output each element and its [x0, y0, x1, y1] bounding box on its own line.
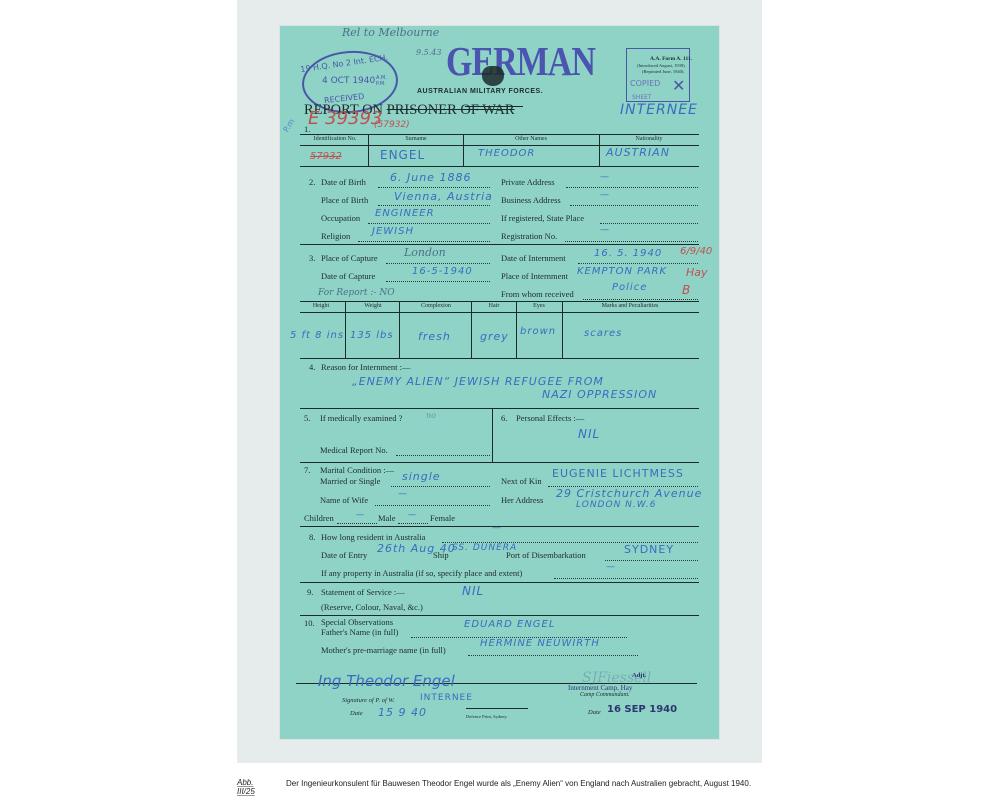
caption-number: Abb. III/25 — [237, 778, 255, 796]
mother-line — [468, 655, 638, 656]
medically-examined-label: If medically examined ? — [320, 413, 402, 423]
col-divider — [516, 301, 517, 358]
reason-label: Reason for Internment :— — [321, 362, 410, 372]
date-of-internment-value: 16. 5. 1940 — [594, 248, 662, 259]
col-divider — [562, 301, 563, 358]
father-name-value: EDUARD ENGEL — [464, 619, 555, 630]
received-stamp-ampm: A.M. P.M. — [376, 75, 387, 87]
section-rule — [300, 462, 699, 463]
mother-name-value: HERMINE NEUWIRTH — [480, 638, 600, 649]
pob-line — [378, 205, 490, 206]
internment-place-red: Hay — [686, 266, 708, 279]
caption-text: Der Ingenieurkonsulent für Bauwesen Theo… — [286, 778, 766, 789]
from-whom-label: From whom received — [501, 289, 574, 299]
date-of-entry-label: Date of Entry — [321, 550, 367, 560]
religion-value: JEWISH — [372, 226, 414, 237]
header-complexion: Complexion — [400, 303, 472, 309]
business-address-value: — — [600, 190, 610, 200]
service-value: NIL — [462, 584, 484, 598]
weight-value: 135 lbs — [350, 330, 394, 341]
port-value: SYDNEY — [624, 543, 674, 556]
state-place-label: If registered, State Place — [501, 213, 584, 223]
place-of-capture-label: Place of Capture — [321, 253, 378, 263]
dob-line — [378, 187, 490, 188]
col-divider — [599, 134, 600, 166]
married-line — [391, 486, 490, 487]
signature-label: Signature of P. of W. — [342, 697, 395, 704]
title-struck: PRISONER OF WAR — [387, 102, 515, 118]
header-eyes: Eyes — [516, 303, 562, 309]
medical-report-line — [396, 455, 490, 456]
place-of-capture-value: London — [404, 246, 446, 259]
col-divider — [399, 301, 400, 358]
section6-num: 6. — [501, 413, 507, 423]
hair-value: grey — [480, 330, 509, 343]
prisoner-report-form: Rel to Melbourne 9.5.43 19 H.Q. No 2 Int… — [280, 26, 719, 739]
date-of-capture-label: Date of Capture — [321, 271, 375, 281]
married-value: single — [402, 470, 441, 483]
children-line — [337, 523, 377, 524]
from-whom-value: Police — [612, 282, 647, 293]
nationality-value: AUSTRIAN — [606, 146, 670, 159]
german-stamp: GERMAN — [446, 40, 595, 86]
pob-label: Place of Birth — [321, 195, 368, 205]
resident-label: How long resident in Australia — [321, 532, 425, 542]
section8-num: 8. — [309, 532, 315, 542]
coat-of-arms-icon — [482, 66, 504, 86]
resident-value: — — [492, 523, 502, 533]
header-hair: Hair — [472, 303, 516, 309]
header-surname: Surname — [370, 136, 462, 142]
property-value: — — [606, 562, 616, 572]
id-alt: (57932) — [374, 120, 410, 130]
business-line — [570, 205, 698, 206]
id-struck: 57932 — [310, 151, 342, 162]
pob-value: Vienna, Austria — [394, 190, 493, 203]
dob-label: Date of Birth — [321, 177, 366, 187]
sheet-stamp: SHEET — [632, 94, 652, 101]
port-line — [605, 560, 698, 561]
religion-line — [358, 241, 490, 242]
marks-value: scares — [584, 328, 622, 339]
father-name-label: Father's Name (in full) — [321, 627, 398, 637]
id-handwritten: E 39393 — [308, 108, 382, 129]
next-of-kin-value: EUGENIE LICHTMESS — [552, 467, 684, 480]
male-label: Male — [378, 513, 395, 523]
org-name: AUSTRALIAN MILITARY FORCES. — [417, 88, 543, 95]
port-label: Port of Disembarkation — [506, 550, 586, 560]
top-note: Rel to Melbourne — [342, 26, 439, 39]
section5-num: 5. — [304, 413, 310, 423]
section-rule — [300, 615, 699, 616]
header-height: Height — [296, 303, 346, 309]
section2-num: 2. — [309, 177, 315, 187]
her-address-label: Her Address — [501, 495, 543, 505]
header-nationality: Nationality — [600, 136, 698, 142]
ship-label: Ship — [433, 550, 449, 560]
mother-name-label: Mother's pre-marriage name (in full) — [321, 645, 446, 655]
section-rule — [300, 358, 699, 359]
header-weight: Weight — [346, 303, 400, 309]
medical-report-label: Medical Report No. — [320, 445, 388, 455]
dob-value: 6. June 1886 — [390, 171, 471, 184]
printer-rule — [466, 708, 528, 709]
header-id: Identification No. — [302, 136, 368, 142]
col-divider — [471, 301, 472, 358]
male-line — [398, 523, 428, 524]
wife-line — [375, 505, 490, 506]
col-divider — [345, 301, 346, 358]
reason-line1: „ENEMY ALIEN“ JEWISH REFUGEE FROM — [352, 375, 604, 388]
date-of-capture-value: 16-5-1940 — [412, 266, 473, 277]
height-value: 5 ft 8 ins — [290, 330, 344, 341]
section9-num: 9. — [307, 587, 313, 597]
signature-date-value: 15 9 40 — [378, 706, 427, 719]
check-mark-icon: ✕ — [672, 76, 685, 96]
table-rule — [300, 312, 699, 313]
camp-label: Internment Camp, Hay — [568, 684, 632, 692]
internment-date-red: 6/9/40 — [680, 246, 712, 257]
from-whom-red: B — [682, 283, 690, 297]
service-label: Statement of Service :— — [321, 587, 405, 597]
printer-note: Defence Print, Sydney. — [466, 714, 507, 719]
registration-line — [565, 241, 698, 242]
commandant-label: Camp Commandant. — [580, 692, 630, 698]
children-value: — — [356, 510, 365, 519]
special-observations-label: Special Observations — [321, 618, 393, 627]
signature-internee: INTERNEE — [420, 693, 473, 703]
doi-line — [578, 263, 698, 264]
male-value: — — [408, 510, 417, 519]
form-ref-line2: (Introduced August, 1939) — [637, 63, 685, 68]
state-line — [600, 223, 698, 224]
other-names-value: THEODOR — [478, 148, 535, 159]
section-rule — [300, 166, 699, 167]
form-ref-line1: A.A. Form A. 111. — [650, 56, 692, 62]
her-address-line1: 29 Cristchurch Avenue — [556, 487, 702, 500]
report-note: For Report :- NO — [318, 288, 395, 298]
registration-value: — — [600, 225, 610, 235]
section10-num: 10. — [304, 618, 315, 628]
table-rule — [300, 134, 699, 135]
occupation-line — [368, 223, 490, 224]
private-line — [566, 187, 698, 188]
section-rule — [300, 244, 699, 245]
copied-stamp: COPIED — [630, 79, 660, 88]
next-of-kin-label: Next of Kin — [501, 476, 542, 486]
side-note: P.m — [282, 117, 297, 134]
form-ref-line3: (Reprinted June, 1940). — [642, 69, 685, 74]
title-internee: INTERNEE — [620, 102, 698, 118]
private-address-label: Private Address — [501, 177, 555, 187]
her-address-line2: LONDON N.W.6 — [576, 500, 657, 510]
service-sub-label: (Reserve, Colour, Naval, &c.) — [321, 602, 423, 612]
date-of-internment-label: Date of Internment — [501, 253, 566, 263]
doc-line — [386, 281, 490, 282]
section-rule — [300, 408, 699, 409]
top-note-date: 9.5.43 — [416, 48, 441, 57]
religion-label: Religion — [321, 231, 350, 241]
header-marks: Marks and Peculiarities — [562, 303, 698, 309]
place-of-internment-label: Place of Internment — [501, 271, 568, 281]
received-stamp-date: 4 OCT 1940 — [322, 76, 375, 86]
personal-effects-value: NIL — [578, 427, 600, 441]
business-address-label: Business Address — [501, 195, 561, 205]
personal-effects-label: Personal Effects :— — [516, 413, 584, 423]
from-line — [583, 299, 698, 300]
married-label: Married or Single — [320, 476, 380, 486]
property-label: If any property in Australia (if so, spe… — [321, 568, 522, 578]
occupation-label: Occupation — [321, 213, 360, 223]
occupation-value: ENGINEER — [375, 208, 435, 219]
medically-examined-value: no — [426, 411, 436, 420]
adjutant-label: Adjt. — [632, 672, 646, 679]
property-line — [554, 578, 698, 579]
eyes-value: brown — [520, 326, 556, 337]
col-divider — [463, 134, 464, 166]
header-other-names: Other Names — [464, 136, 598, 142]
reason-line2: NAZI OPPRESSION — [542, 388, 657, 401]
female-label: Female — [430, 513, 455, 523]
wife-value: — — [398, 489, 408, 499]
section7-num: 7. — [304, 465, 310, 475]
col-divider — [368, 134, 369, 166]
children-label: Children — [304, 513, 334, 523]
surname-value: ENGEL — [380, 148, 425, 162]
place-of-internment-value: KEMPTON PARK — [577, 266, 667, 277]
wife-label: Name of Wife — [320, 495, 368, 505]
internee-signature: Ing Theodor Engel — [318, 672, 455, 690]
section-rule — [300, 582, 699, 583]
marital-label: Marital Condition :— — [320, 465, 394, 475]
poc-line — [386, 263, 490, 264]
registration-label: Registration No. — [501, 231, 557, 241]
table-rule — [300, 301, 699, 302]
complexion-value: fresh — [418, 330, 451, 343]
section3-num: 3. — [309, 253, 315, 263]
signature-date-label: Date — [350, 710, 363, 717]
section4-num: 4. — [309, 362, 315, 372]
commandant-date-stamp: 16 SEP 1940 — [607, 704, 677, 715]
col-divider — [492, 408, 493, 462]
commandant-date-label: Date — [588, 709, 601, 716]
private-address-value: — — [600, 172, 610, 182]
